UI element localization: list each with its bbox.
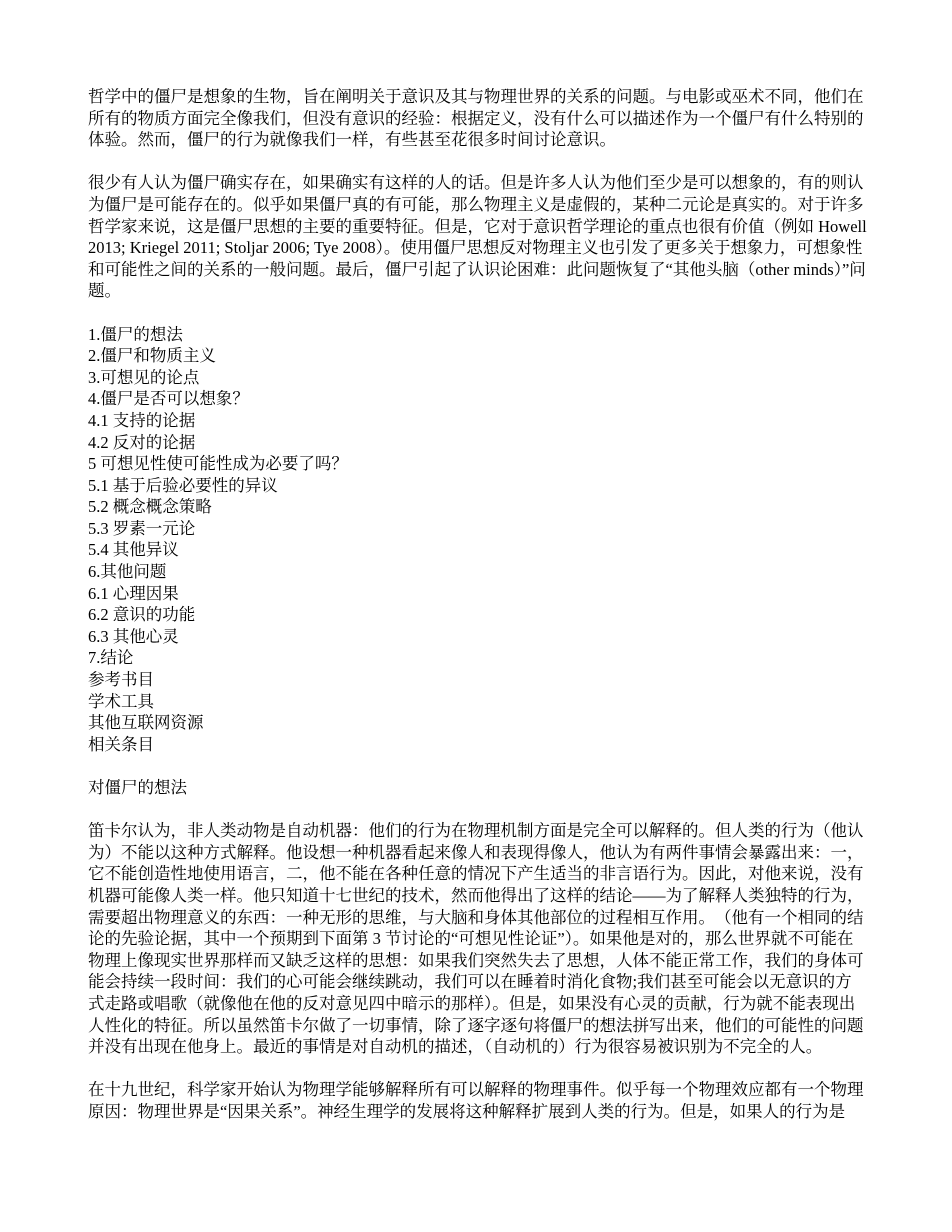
document-background: { "page": { "background_color": "#ffffff… bbox=[0, 0, 952, 1232]
toc-item-internet-resources: 其他互联网资源 bbox=[88, 712, 868, 734]
toc-item-2: 2.僵尸和物质主义 bbox=[88, 345, 868, 367]
body-paragraph-1: 笛卡尔认为，非人类动物是自动机器：他们的行为在物理机制方面是完全可以解释的。但人… bbox=[88, 820, 868, 1058]
toc-item-6-1: 6.1 心理因果 bbox=[88, 583, 868, 605]
toc-item-6-3: 6.3 其他心灵 bbox=[88, 626, 868, 648]
toc-item-bibliography: 参考书目 bbox=[88, 669, 868, 691]
toc-item-academic-tools: 学术工具 bbox=[88, 691, 868, 713]
intro-paragraph-1: 哲学中的僵尸是想象的生物，旨在阐明关于意识及其与物理世界的关系的问题。与电影或巫… bbox=[88, 86, 868, 151]
document-page: 哲学中的僵尸是想象的生物，旨在阐明关于意识及其与物理世界的关系的问题。与电影或巫… bbox=[88, 86, 868, 1144]
toc-item-3: 3.可想见的论点 bbox=[88, 367, 868, 389]
table-of-contents: 1.僵尸的想法 2.僵尸和物质主义 3.可想见的论点 4.僵尸是否可以想象？ 4… bbox=[88, 324, 868, 756]
toc-item-5-4: 5.4 其他异议 bbox=[88, 539, 868, 561]
toc-item-5-3: 5.3 罗素一元论 bbox=[88, 518, 868, 540]
toc-item-7: 7.结论 bbox=[88, 647, 868, 669]
toc-item-related-entries: 相关条目 bbox=[88, 734, 868, 756]
body-paragraph-2: 在十九世纪，科学家开始认为物理学能够解释所有可以解释的物理事件。似乎每一个物理效… bbox=[88, 1079, 868, 1122]
toc-item-5: 5 可想见性使可能性成为必要了吗？ bbox=[88, 453, 868, 475]
toc-item-4: 4.僵尸是否可以想象？ bbox=[88, 388, 868, 410]
toc-item-6: 6.其他问题 bbox=[88, 561, 868, 583]
section-heading: 对僵尸的想法 bbox=[88, 777, 868, 799]
toc-item-6-2: 6.2 意识的功能 bbox=[88, 604, 868, 626]
toc-item-1: 1.僵尸的想法 bbox=[88, 324, 868, 346]
toc-item-4-2: 4.2 反对的论据 bbox=[88, 432, 868, 454]
toc-item-5-1: 5.1 基于后验必要性的异议 bbox=[88, 475, 868, 497]
toc-item-4-1: 4.1 支持的论据 bbox=[88, 410, 868, 432]
toc-item-5-2: 5.2 概念概念策略 bbox=[88, 496, 868, 518]
intro-paragraph-2: 很少有人认为僵尸确实存在，如果确实有这样的人的话。但是许多人认为他们至少是可以想… bbox=[88, 172, 868, 302]
